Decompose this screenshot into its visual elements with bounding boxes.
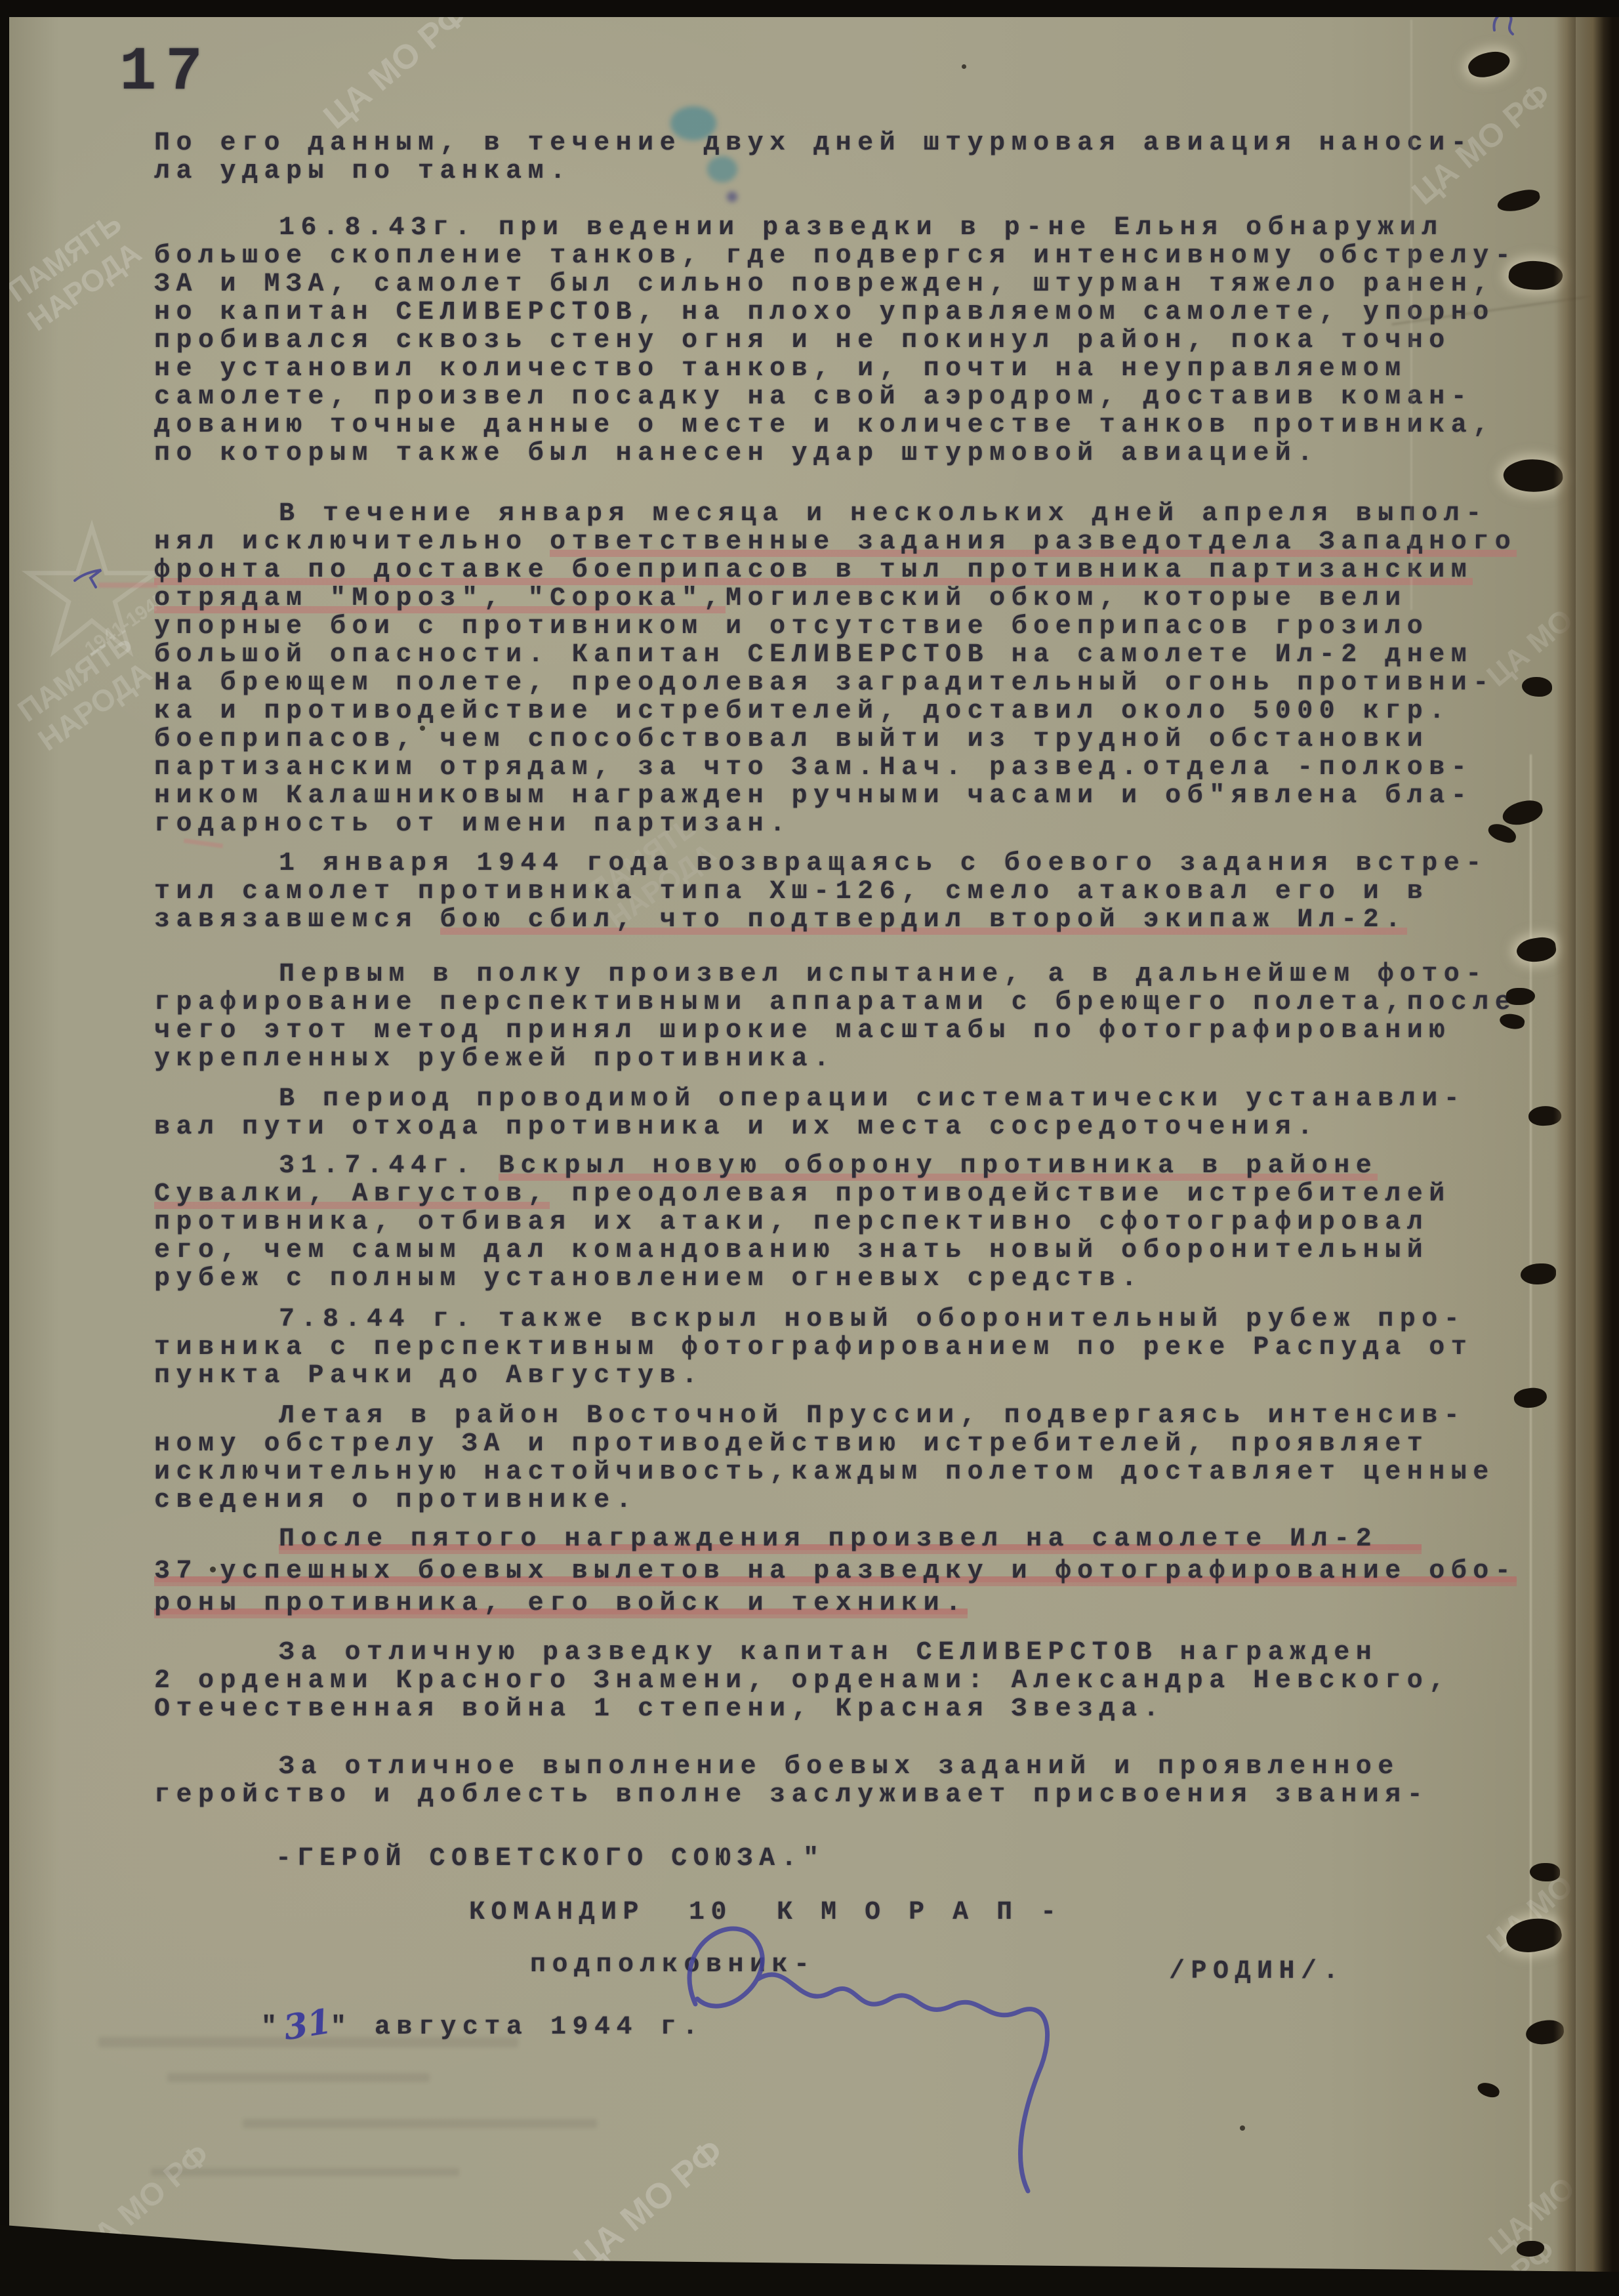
typed-line: самолете, произвел посадку на свой аэрод… <box>154 383 1517 411</box>
red-underlined-text: бою сбил, что подтвердил второй экипаж И… <box>440 905 1407 935</box>
typed-text: рубеж с полным установлением огневых сре… <box>154 1264 1143 1294</box>
typed-text: геройство и доблесть вполне заслуживает … <box>154 1780 1429 1810</box>
teal-ink-smudge <box>670 106 716 140</box>
typed-line: ка и противодействие истребителей, доста… <box>154 697 1517 726</box>
typed-line: отрядам "Мороз", "Сорока",Могилевский об… <box>154 584 1517 613</box>
bleed-through-text <box>167 2073 430 2082</box>
typed-text: противника, отбивая их атаки, перспектив… <box>154 1208 1429 1237</box>
typed-line: Отечественная война 1 степени, Красная З… <box>154 1695 1451 1723</box>
typed-text: боеприпасов, чем способствовал выйти из … <box>154 725 1429 754</box>
red-underlined-text: ответственные задания разведотдела Запад… <box>550 527 1517 557</box>
typed-line: исключительную настойчивость,каждым поле… <box>154 1458 1495 1486</box>
typed-text: Первым в полку произвел испытание, а в д… <box>279 960 1488 989</box>
red-underlined-text: Вскрыл новую оборону противника в районе <box>499 1151 1378 1181</box>
typed-line: За отличную разведку капитан СЕЛИВЕРСТОВ… <box>279 1639 1451 1667</box>
paragraph-1: По его данным, в течение двух дней штурм… <box>154 129 1473 186</box>
typed-line: 2 орденами Красного Знамени, орденами: А… <box>154 1667 1451 1695</box>
typed-text: ному обстрелу ЗА и противодействию истре… <box>154 1429 1429 1459</box>
typed-text: преодолевая противодействие истребителей <box>550 1179 1451 1209</box>
red-underlined-text: фронта по доставке боеприпасов в тыл про… <box>154 556 1473 585</box>
typed-line: дованию точные данные о месте и количест… <box>154 411 1517 440</box>
typed-text: укрепленных рубежей противника. <box>154 1044 836 1074</box>
typed-line: вал пути отхода противника и их места со… <box>154 1113 1465 1141</box>
typed-line: по которым также был нанесен удар штурмо… <box>154 440 1517 468</box>
typed-line: 31.7.44г. Вскрыл новую оборону противник… <box>279 1152 1451 1180</box>
typed-text: упорные бои с противником и отсутствие б… <box>154 612 1429 642</box>
typed-line: ному обстрелу ЗА и противодействию истре… <box>154 1430 1495 1458</box>
scan-edge-top <box>0 0 1619 17</box>
typed-line: После пятого награждения произвел на сам… <box>279 1523 1517 1555</box>
typed-line: большой опасности. Капитан СЕЛИВЕРСТОВ н… <box>154 641 1517 669</box>
typed-line: чего этот метод принял широкие масштабы … <box>154 1017 1517 1045</box>
red-underlined-text: Сувалки, Августов, <box>154 1179 550 1209</box>
date-line: "31" августа 1944 г. <box>261 2002 704 2042</box>
signature-ink-stroke <box>659 1899 1118 2207</box>
typed-text: ла удары по танкам. <box>154 157 572 186</box>
paragraph-3: В течение января месяца и нескольких дне… <box>154 500 1517 838</box>
typed-text: На бреющем полете, преодолевая заградите… <box>154 668 1495 698</box>
typed-line: тил самолет противника типа Хш-126, смел… <box>154 878 1488 906</box>
punch-hole <box>1522 677 1552 697</box>
typed-line: В течение января месяца и нескольких дне… <box>279 500 1517 528</box>
typed-text: чего этот метод принял широкие масштабы … <box>154 1016 1451 1046</box>
paragraph-7: 31.7.44г. Вскрыл новую оборону противник… <box>154 1152 1451 1293</box>
typed-line: тивника с перспективным фотографирование… <box>154 1334 1473 1362</box>
typed-text: пробивался сквозь стену огня и не покину… <box>154 326 1451 356</box>
typed-text: ЗА и МЗА, самолет был сильно поврежден, … <box>154 270 1495 299</box>
paragraph-4: 1 января 1944 года возвращаясь с боевого… <box>154 850 1488 934</box>
typed-text: его, чем самым дал командованию знать но… <box>154 1236 1429 1265</box>
paragraph-11: За отличную разведку капитан СЕЛИВЕРСТОВ… <box>154 1639 1451 1723</box>
bleed-through-text <box>151 2168 459 2176</box>
red-pencil-stray-mark <box>98 583 157 588</box>
typed-line: Летая в район Восточной Пруссии, подверг… <box>279 1402 1495 1430</box>
paper-speck <box>1240 2125 1245 2131</box>
punch-hole <box>1521 1263 1556 1284</box>
typed-line: его, чем самым дал командованию знать но… <box>154 1237 1451 1265</box>
typed-text: За отличную разведку капитан СЕЛИВЕРСТОВ… <box>279 1638 1378 1668</box>
typed-text: партизанским отрядам, за что Зам.Нач. ра… <box>154 753 1473 783</box>
paragraph-13: -ГЕРОЙ СОВЕТСКОГО СОЮЗА." <box>276 1845 825 1873</box>
typed-line: По его данным, в течение двух дней штурм… <box>154 129 1473 157</box>
typed-text: самолете, произвел посадку на свой аэрод… <box>154 382 1473 412</box>
typed-line: ником Калашниковым награжден ручными час… <box>154 782 1517 810</box>
typed-text: исключительную настойчивость,каждым поле… <box>154 1458 1495 1487</box>
typed-text: В течение января месяца и нескольких дне… <box>279 499 1488 529</box>
ink-dot <box>727 192 737 202</box>
typed-text: тил самолет противника типа Хш-126, смел… <box>154 877 1429 907</box>
typed-text: За отличное выполнение боевых заданий и … <box>279 1752 1400 1782</box>
typed-line: но капитан СЕЛИВЕРСТОВ, на плохо управля… <box>154 298 1517 327</box>
typed-line: укрепленных рубежей противника. <box>154 1045 1517 1073</box>
typed-line: ЗА и МЗА, самолет был сильно поврежден, … <box>154 270 1517 298</box>
bleed-through-text <box>243 2119 597 2128</box>
typed-line: завязавшемся бою сбил, что подтвердил вт… <box>154 906 1488 934</box>
typed-text: графирование перспективными аппаратами с… <box>154 988 1517 1017</box>
typed-text: 2 орденами Красного Знамени, орденами: А… <box>154 1666 1451 1696</box>
typed-text: 16.8.43г. при ведении разведки в р-не Ел… <box>279 213 1444 243</box>
paragraph-8: 7.8.44 г. также вскрыл новый оборонитель… <box>154 1305 1473 1390</box>
typed-text: 7.8.44 г. также вскрыл новый оборонитель… <box>279 1305 1465 1334</box>
paragraph-2: 16.8.43г. при ведении разведки в р-не Ел… <box>154 214 1517 468</box>
typed-text: -ГЕРОЙ СОВЕТСКОГО СОЮЗА." <box>276 1844 825 1874</box>
paragraph-6: В период проводимой операции систематиче… <box>154 1085 1465 1141</box>
typed-line: геройство и доблесть вполне заслуживает … <box>154 1781 1429 1809</box>
typed-line: графирование перспективными аппаратами с… <box>154 989 1517 1017</box>
bleed-through-text <box>98 2037 518 2047</box>
typed-line: упорные бои с противником и отсутствие б… <box>154 613 1517 641</box>
typed-line: На бреющем полете, преодолевая заградите… <box>154 669 1517 697</box>
typed-text: большой опасности. Капитан СЕЛИВЕРСТОВ н… <box>154 640 1473 670</box>
typed-line: В период проводимой операции систематиче… <box>279 1085 1465 1113</box>
document-page: ЦА МО РФПАМЯТЬ НАРОДАПАМЯТЬ НАРОДА1941-1… <box>0 0 1619 2296</box>
typed-text: большое скопление танков, где подвергся … <box>154 241 1517 271</box>
paper-speck <box>210 1567 216 1572</box>
paragraph-10: После пятого награждения произвел на сам… <box>154 1523 1517 1620</box>
red-underlined-text: 37 успешных боевых вылетов на разведку и… <box>154 1557 1517 1586</box>
typed-text: не установил количество танков, и, почти… <box>154 354 1407 384</box>
paper-speck <box>420 726 425 731</box>
typed-line: Первым в полку произвел испытание, а в д… <box>279 960 1517 989</box>
typed-text: 1 января 1944 года возвращаясь с боевого… <box>279 849 1488 878</box>
typed-line: не установил количество танков, и, почти… <box>154 355 1517 383</box>
typed-text: дованию точные данные о месте и количест… <box>154 411 1495 440</box>
typed-line: -ГЕРОЙ СОВЕТСКОГО СОЮЗА." <box>276 1845 825 1873</box>
paragraph-12: За отличное выполнение боевых заданий и … <box>154 1753 1429 1809</box>
typed-line: 37 успешных боевых вылетов на разведку и… <box>154 1555 1517 1588</box>
typed-line: рубеж с полным установлением огневых сре… <box>154 1265 1451 1293</box>
typed-line: ла удары по танкам. <box>154 157 1473 186</box>
typed-text: пункта Рачки до Августув. <box>154 1361 704 1391</box>
scan-edge-right <box>1557 0 1619 2296</box>
typed-text: По его данным, в течение двух дней штурм… <box>154 129 1473 158</box>
typed-line: 16.8.43г. при ведении разведки в р-не Ел… <box>279 214 1517 242</box>
typed-line: годарность от имени партизан. <box>154 810 1517 838</box>
typed-text: вал пути отхода противника и их места со… <box>154 1113 1319 1142</box>
typed-text: по которым также был нанесен удар штурмо… <box>154 439 1319 468</box>
typed-text: В период проводимой операции систематиче… <box>279 1084 1465 1114</box>
typed-line: Сувалки, Августов, преодолевая противоде… <box>154 1180 1451 1208</box>
typed-text: Летая в район Восточной Пруссии, подверг… <box>279 1401 1465 1431</box>
paragraph-5: Первым в полку произвел испытание, а в д… <box>154 960 1517 1073</box>
typed-line: 1 января 1944 года возвращаясь с боевого… <box>279 850 1488 878</box>
typed-line: пробивался сквозь стену огня и не покину… <box>154 327 1517 355</box>
typed-text: нял исключительно <box>154 527 550 557</box>
typed-line: За отличное выполнение боевых заданий и … <box>279 1753 1429 1781</box>
typed-line: роны противника, его войск и техники. <box>154 1588 1517 1620</box>
red-underlined-text: После пятого награждения произвел на сам… <box>279 1525 1422 1554</box>
typed-line: сведения о противнике. <box>154 1486 1495 1515</box>
typed-text: Могилевский обком, которые вели <box>726 584 1407 613</box>
typed-text: но капитан СЕЛИВЕРСТОВ, на плохо управля… <box>154 298 1495 327</box>
typed-text: Отечественная война 1 степени, Красная З… <box>154 1694 1165 1724</box>
typed-text: годарность от имени партизан. <box>154 810 792 839</box>
typed-line: пункта Рачки до Августув. <box>154 1362 1473 1390</box>
typed-text: 31.7.44г. <box>279 1151 499 1181</box>
typed-line: противника, отбивая их атаки, перспектив… <box>154 1208 1451 1237</box>
scan-edge-left <box>0 0 9 2296</box>
typed-line: боеприпасов, чем способствовал выйти из … <box>154 726 1517 754</box>
typed-line: большое скопление танков, где подвергся … <box>154 242 1517 270</box>
typed-text: тивника с перспективным фотографирование… <box>154 1333 1473 1363</box>
paragraph-9: Летая в район Восточной Пруссии, подверг… <box>154 1402 1495 1515</box>
typed-line: нял исключительно ответственные задания … <box>154 528 1517 556</box>
typed-line: фронта по доставке боеприпасов в тыл про… <box>154 556 1517 584</box>
paper-crease <box>1410 20 1412 610</box>
typed-text: ником Калашниковым награжден ручными час… <box>154 781 1473 811</box>
typed-line: 7.8.44 г. также вскрыл новый оборонитель… <box>279 1305 1473 1334</box>
typed-line: партизанским отрядам, за что Зам.Нач. ра… <box>154 754 1517 782</box>
teal-ink-smudge <box>707 156 737 182</box>
red-underlined-text: роны противника, его войск и техники. <box>154 1589 968 1618</box>
red-underlined-text: отрядам "Мороз", "Сорока", <box>154 584 726 613</box>
typed-text: сведения о противнике. <box>154 1486 638 1515</box>
typed-text: ка и противодействие истребителей, доста… <box>154 697 1451 726</box>
typed-text: завязавшемся <box>154 905 440 935</box>
paper-speck <box>962 64 966 69</box>
signed-name: /РОДИН/. <box>1169 1957 1345 1986</box>
